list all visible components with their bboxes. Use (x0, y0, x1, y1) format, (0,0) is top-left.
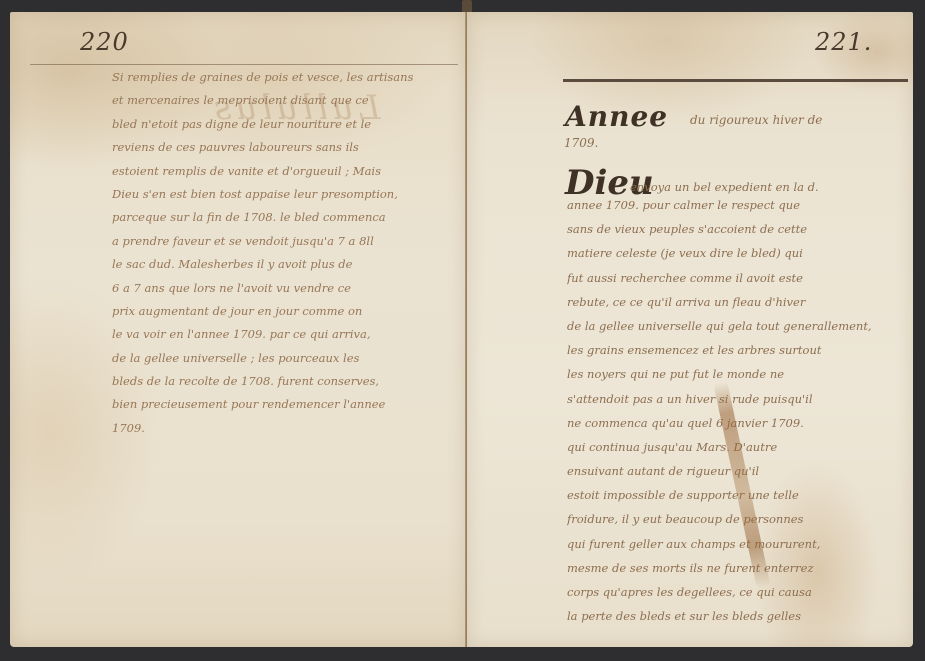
left-page-text: Si remplies de graines de pois et vesce,… (112, 66, 462, 440)
text-line: mesme de ses morts ils ne furent enterre… (567, 556, 907, 580)
text-line: rebute, ce ce qu'il arriva un fleau d'hi… (567, 290, 907, 314)
right-header-rule (563, 79, 908, 82)
section-heading-year: 1709. (564, 136, 598, 150)
text-line: s'attendoit pas a un hiver si rude puisq… (567, 387, 907, 411)
text-line: le va voir en l'annee 1709. par ce qui a… (112, 323, 462, 346)
text-line: de la gellee universelle qui gela tout g… (567, 314, 907, 338)
text-line: froidure, il y eut beaucoup de personnes (567, 507, 907, 531)
text-line: Dieu s'en est bien tost appaise leur pre… (112, 183, 462, 206)
text-line: prix augmentant de jour en jour comme on (112, 300, 462, 323)
text-line: de la gellee universelle ; les pourceaux… (112, 347, 462, 370)
text-line: Si remplies de graines de pois et vesce,… (112, 66, 462, 89)
text-line: annee 1709. pour calmer le respect que (567, 193, 907, 217)
text-line: 6 a 7 ans que lors ne l'avoit vu vendre … (112, 277, 462, 300)
text-line: 1709. (112, 417, 462, 440)
text-line: matiere celeste (je veux dire le bled) q… (567, 241, 907, 265)
section-heading-subtitle: du rigoureux hiver de (690, 113, 822, 127)
text-line: le sac dud. Malesherbes il y avoit plus … (112, 253, 462, 276)
text-line: a prendre faveur et se vendoit jusqu'a 7… (112, 230, 462, 253)
text-line: bled n'etoit pas digne de leur nouriture… (112, 113, 462, 136)
text-line: reviens de ces pauvres laboureurs sans i… (112, 136, 462, 159)
text-line: fut aussi recherchee comme il avoit este (567, 266, 907, 290)
text-line: qui furent geller aux champs et moururen… (567, 532, 907, 556)
right-folio-number: 221. (815, 28, 872, 56)
text-line: estoient remplis de vanite et d'orgueuil… (112, 160, 462, 183)
section-heading: Annee (565, 100, 668, 133)
text-line: bien precieusement pour rendemencer l'an… (112, 393, 462, 416)
text-line: bleds de la recolte de 1708. furent cons… (112, 370, 462, 393)
manuscript-spread: 220 Lullulus Si remplies de graines de p… (0, 0, 925, 661)
first-line-text: envoya un bel expedient en la d. (630, 180, 819, 194)
text-line: parceque sur la fin de 1708. le bled com… (112, 206, 462, 229)
text-line: la perte des bleds et sur les bleds gell… (567, 604, 907, 628)
right-page-text: annee 1709. pour calmer le respect que s… (567, 193, 907, 628)
text-line: et mercenaires le meprisoient disant que… (112, 89, 462, 112)
left-header-rule (30, 64, 458, 65)
text-line: les noyers qui ne put fut le monde ne (567, 362, 907, 386)
text-line: les grains ensemencez et les arbres surt… (567, 338, 907, 362)
text-line: sans de vieux peuples s'accoient de cett… (567, 217, 907, 241)
text-line: corps qu'apres les degellees, ce qui cau… (567, 580, 907, 604)
left-folio-number: 220 (80, 28, 129, 56)
